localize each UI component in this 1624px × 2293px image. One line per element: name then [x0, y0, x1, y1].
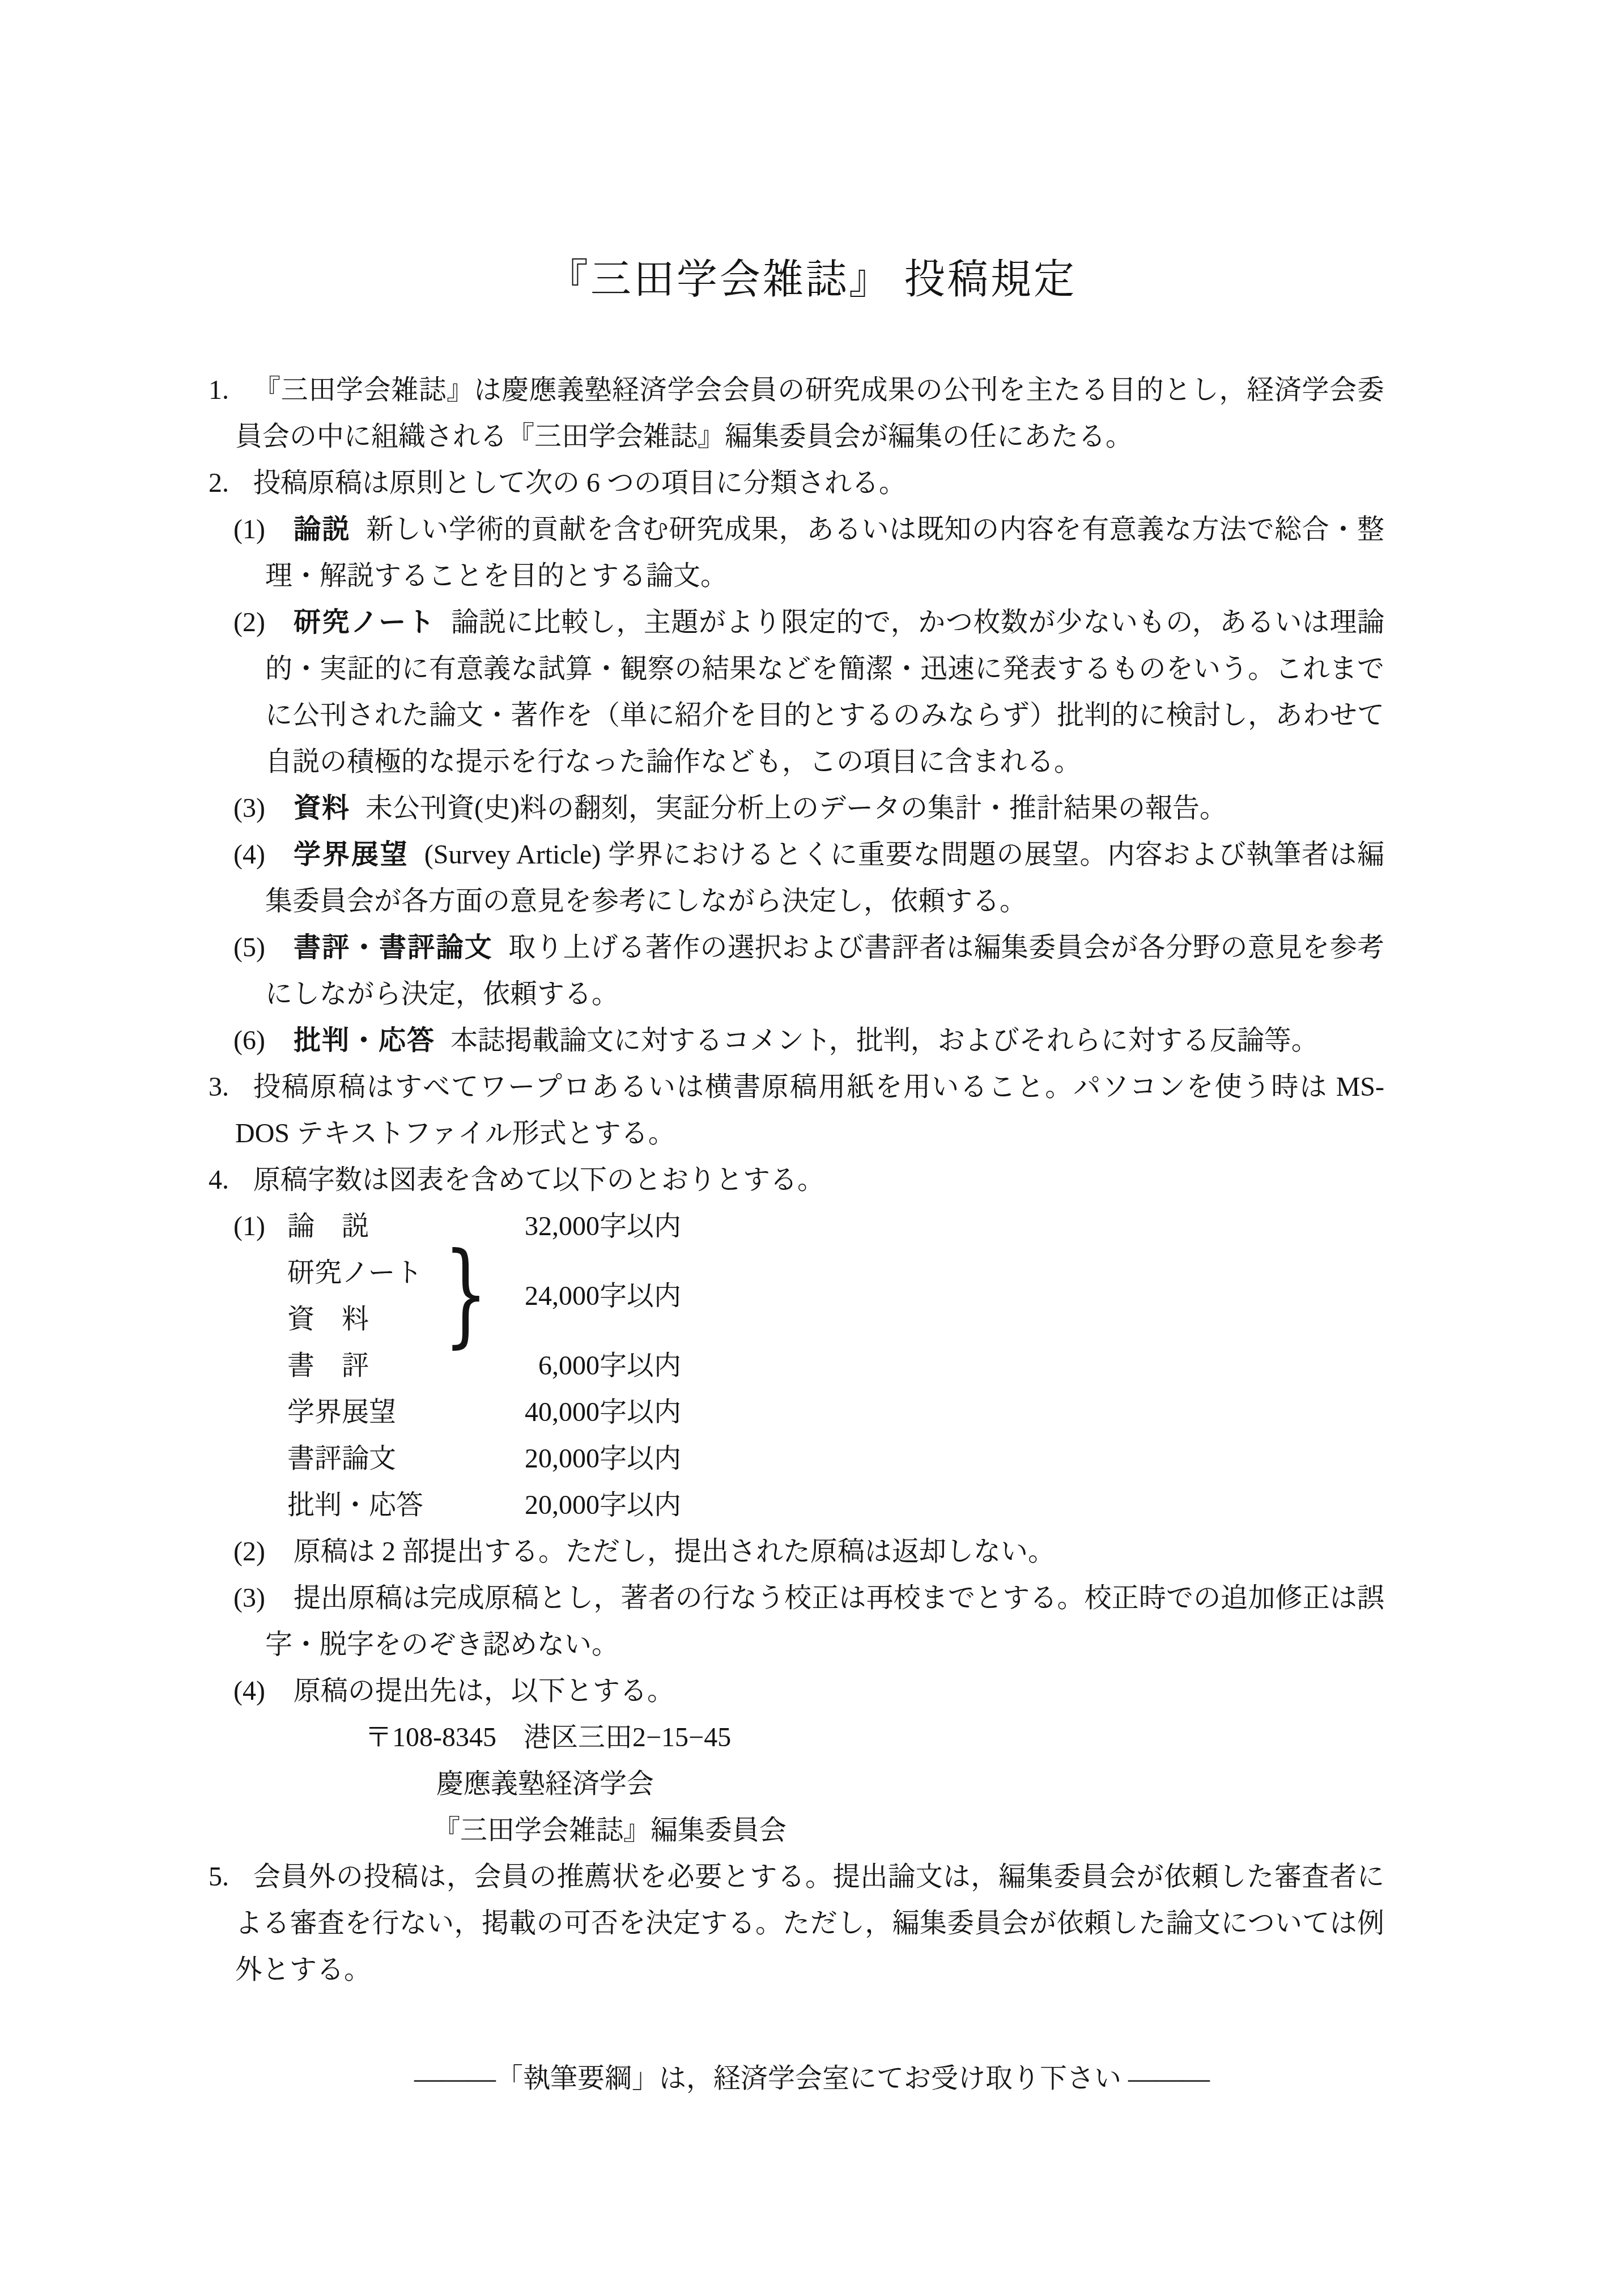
subitem-text: 提出原稿は完成原稿とし，著者の行なう校正は再校までとする。校正時での追加修正は誤…	[265, 1575, 1384, 1668]
rule-item-4: 4. 原稿字数は図表を含めて以下のとおりとする。	[209, 1157, 1384, 1203]
subitem-number: (2)	[233, 599, 265, 785]
category-label: 研究ノート	[294, 607, 436, 637]
category-item-kenkyu-note: (2) 研究ノート論説に比較し，主題がより限定的で，かつ枚数が少ないもの，あるい…	[233, 599, 1384, 785]
subitem-text: 研究ノート論説に比較し，主題がより限定的で，かつ枚数が少ないもの，あるいは理論的…	[265, 599, 1384, 785]
footer-note: ———「執筆要綱」は，経済学会室にてお受け取り下さい ———	[0, 2056, 1624, 2102]
item-number: 4.	[209, 1157, 235, 1203]
limit-value-grouped: 24,000字以内	[457, 1279, 681, 1313]
category-item-shohyo: (5) 書評・書評論文取り上げる著作の選択および書評者は編集委員会が各分野の意見…	[233, 925, 1384, 1018]
item-number: 1.	[209, 367, 235, 460]
subitem-number: (3)	[233, 1575, 265, 1668]
item-number: 2.	[209, 460, 235, 507]
document-body: 1. 『三田学会雑誌』は慶應義塾経済学会会員の研究成果の公刊を主たる目的とし，経…	[209, 367, 1384, 1993]
category-description: 未公刊資(史)料の翻刻，実証分析上のデータの集計・推計結果の報告。	[365, 793, 1227, 823]
subitem-number: (5)	[233, 925, 265, 1018]
item-text: 会員外の投稿は，会員の推薦状を必要とする。提出論文は，編集委員会が依頼した審査者…	[235, 1854, 1384, 1993]
address-society-line: 慶應義塾経済学会	[436, 1761, 1384, 1807]
category-description: 新しい学術的貢献を含む研究成果，あるいは既知の内容を有意義な方法で総合・整理・解…	[265, 514, 1384, 591]
item-number: 3.	[209, 1064, 235, 1157]
rule-item-2: 2. 投稿原稿は原則として次の 6 つの項目に分類される。	[209, 460, 1384, 507]
item-text: 原稿字数は図表を含めて以下のとおりとする。	[235, 1157, 1384, 1203]
category-label: 資料	[294, 793, 350, 823]
category-label: 書評・書評論文	[294, 933, 493, 963]
subitem-text: 書評・書評論文取り上げる著作の選択および書評者は編集委員会が各分野の意見を参考に…	[265, 925, 1384, 1018]
category-label: 論説	[294, 514, 351, 544]
subitem-text: 学界展望(Survey Article) 学界におけるとくに重要な問題の展望。内…	[265, 832, 1384, 925]
limit-row-shohyo: 書 評 6,000字以内	[287, 1343, 1384, 1389]
category-item-hihan-oto: (6) 批判・応答本誌掲載論文に対するコメント，批判，およびそれらに対する反論等…	[233, 1018, 1384, 1064]
limit-category: 書 評	[287, 1343, 457, 1389]
limit-row-shohyo-ronbun: 書評論文 20,000字以内	[287, 1436, 1384, 1482]
rule-item-4-3: (3) 提出原稿は完成原稿とし，著者の行なう校正は再校までとする。校正時での追加…	[233, 1575, 1384, 1668]
rule-item-4-4: (4) 原稿の提出先は，以下とする。	[233, 1668, 1384, 1715]
limit-category: 研究ノート	[287, 1250, 457, 1296]
category-label: 学界展望	[294, 840, 409, 870]
subitem-number: (4)	[233, 832, 265, 925]
rule-item-5: 5. 会員外の投稿は，会員の推薦状を必要とする。提出論文は，編集委員会が依頼した…	[209, 1854, 1384, 1993]
limit-value: 20,000字以内	[457, 1482, 681, 1529]
page-title: 『三田学会雑誌』 投稿規定	[0, 248, 1624, 310]
category-item-shiryo: (3) 資料未公刊資(史)料の翻刻，実証分析上のデータの集計・推計結果の報告。	[233, 785, 1384, 832]
rule-item-3: 3. 投稿原稿はすべてワープロあるいは横書原稿用紙を用いること。パソコンを使う時…	[209, 1064, 1384, 1157]
rule-item-4-2: (2) 原稿は 2 部提出する。ただし，提出された原稿は返却しない。	[233, 1529, 1384, 1575]
item-number: 5.	[209, 1854, 235, 1993]
category-description: (Survey Article) 学界におけるとくに重要な問題の展望。内容および…	[265, 840, 1384, 916]
subitem-text: 論説新しい学術的貢献を含む研究成果，あるいは既知の内容を有意義な方法で総合・整理…	[265, 507, 1384, 599]
limit-value: 6,000字以内	[457, 1343, 681, 1389]
limit-category: 批判・応答	[287, 1482, 457, 1529]
subitem-number: (4)	[233, 1668, 265, 1715]
item-text: 投稿原稿は原則として次の 6 つの項目に分類される。	[235, 460, 1384, 507]
limit-row-hihan-oto: 批判・応答 20,000字以内	[287, 1482, 1384, 1529]
item-text: 投稿原稿はすべてワープロあるいは横書原稿用紙を用いること。パソコンを使う時は M…	[235, 1064, 1384, 1157]
subitem-number: (6)	[233, 1018, 265, 1064]
rule-item-1: 1. 『三田学会雑誌』は慶應義塾経済学会会員の研究成果の公刊を主たる目的とし，経…	[209, 367, 1384, 460]
document-page: 『三田学会雑誌』 投稿規定 1. 『三田学会雑誌』は慶應義塾経済学会会員の研究成…	[0, 0, 1624, 2293]
category-item-gakkai-tenbo: (4) 学界展望(Survey Article) 学界におけるとくに重要な問題の…	[233, 832, 1384, 925]
category-label: 批判・応答	[294, 1026, 435, 1056]
subitem-text: 原稿は 2 部提出する。ただし，提出された原稿は返却しない。	[265, 1529, 1384, 1575]
address-committee-line: 『三田学会雑誌』編集委員会	[433, 1807, 1384, 1854]
limit-value: 32,000字以内	[457, 1203, 681, 1250]
limit-row-group: 研究ノート 資 料 } 24,000字以内	[287, 1250, 1384, 1343]
limit-row-gakkai-tenbo: 学界展望 40,000字以内	[287, 1389, 1384, 1436]
subitem-number: (3)	[233, 785, 265, 832]
subitem-text: 資料未公刊資(史)料の翻刻，実証分析上のデータの集計・推計結果の報告。	[265, 785, 1384, 832]
limit-category: 論 説	[287, 1203, 457, 1250]
character-limits-table: (1) 論 説 32,000字以内 研究ノート 資 料 } 24,000字以内 …	[287, 1203, 1384, 1529]
limit-category: 資 料	[287, 1296, 457, 1343]
subitem-text: 原稿の提出先は，以下とする。	[265, 1668, 1384, 1715]
subitem-number: (2)	[233, 1529, 265, 1575]
limit-value: 20,000字以内	[457, 1436, 681, 1482]
item-text: 『三田学会雑誌』は慶應義塾経済学会会員の研究成果の公刊を主たる目的とし，経済学会…	[235, 367, 1384, 460]
limit-value: 40,000字以内	[457, 1389, 681, 1436]
limit-category: 書評論文	[287, 1436, 457, 1482]
subitem-number: (1)	[233, 507, 265, 599]
subitem-number: (1)	[233, 1203, 265, 1250]
limit-category: 学界展望	[287, 1389, 457, 1436]
subitem-text: 批判・応答本誌掲載論文に対するコメント，批判，およびそれらに対する反論等。	[265, 1018, 1384, 1064]
category-item-ronsetsu: (1) 論説新しい学術的貢献を含む研究成果，あるいは既知の内容を有意義な方法で総…	[233, 507, 1384, 599]
address-postal-line: 〒108-8345 港区三田2−15−45	[365, 1715, 1384, 1761]
category-description: 本誌掲載論文に対するコメント，批判，およびそれらに対する反論等。	[450, 1026, 1319, 1056]
